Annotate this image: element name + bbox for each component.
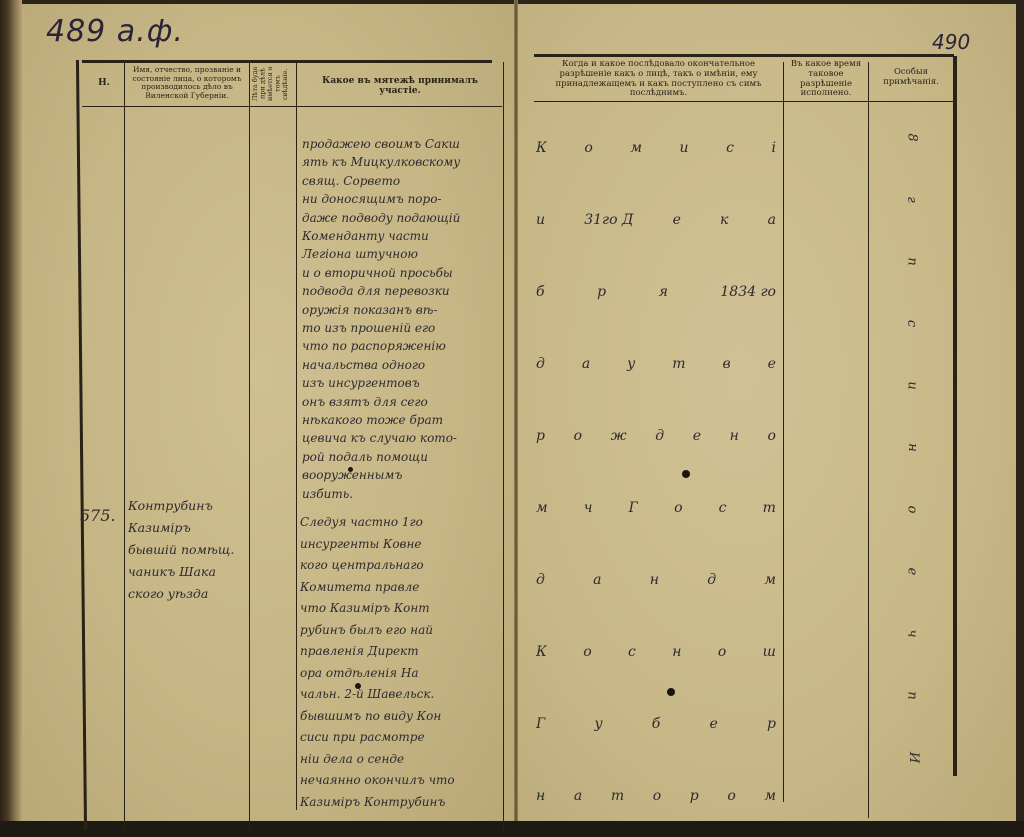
handwritten-line: Контрубинъ bbox=[128, 500, 213, 513]
resolution-glyph: е bbox=[693, 428, 701, 444]
handwritten-line: Легіона штучною bbox=[302, 248, 418, 260]
resolution-glyph: р bbox=[536, 428, 545, 444]
header-top-rule-right bbox=[534, 54, 954, 57]
resolution-row: рождено bbox=[536, 428, 776, 444]
col-divider-4 bbox=[503, 62, 504, 832]
resolution-glyph: о bbox=[767, 428, 775, 444]
resolution-glyph: в bbox=[723, 356, 731, 372]
resolution-glyph: н bbox=[730, 428, 739, 444]
handwritten-line: начальства одного bbox=[302, 359, 425, 371]
resolution-glyph: о bbox=[727, 788, 735, 804]
note-glyph: и bbox=[905, 381, 920, 389]
resolution-glyph: р bbox=[690, 788, 699, 804]
resolution-row: мчГост bbox=[536, 500, 776, 516]
col-divider-3 bbox=[296, 62, 297, 810]
handwritten-line: сиси при расмотре bbox=[300, 731, 425, 743]
handwritten-line: нѣкакого тоже брат bbox=[302, 414, 443, 426]
handwritten-line: ять къ Мицкулковскому bbox=[302, 156, 460, 168]
handwritten-line: чальн. 2-й Шавельск. bbox=[300, 688, 434, 700]
note-glyph: о bbox=[904, 506, 919, 514]
resolution-glyph: б bbox=[652, 716, 661, 732]
handwritten-line: рой подаль помощи bbox=[302, 451, 428, 463]
header-executed: Въ какое время таковое разрѣшеніе исполн… bbox=[786, 60, 866, 99]
header-resolution: Когда и какое послѣдовало окончательное … bbox=[536, 60, 781, 99]
note-glyph: е bbox=[904, 568, 919, 576]
resolution-glyph: я bbox=[659, 284, 668, 300]
resolution-glyph: с bbox=[726, 140, 734, 156]
header-bottom-rule-right bbox=[534, 101, 954, 102]
handwritten-line: Казиміръ Контрубинъ bbox=[300, 796, 445, 808]
resolution-glyph: о bbox=[718, 644, 726, 660]
resolution-glyph: с bbox=[719, 500, 727, 516]
resolution-glyph: е bbox=[710, 716, 718, 732]
resolution-glyph: о bbox=[574, 428, 582, 444]
resolution-glyph: Г bbox=[629, 500, 638, 516]
resolution-glyph: т bbox=[763, 500, 776, 516]
resolution-row: дандм bbox=[536, 572, 776, 588]
resolution-glyph: 31го Д bbox=[584, 212, 633, 228]
resolution-glyph: и bbox=[536, 212, 545, 228]
resolution-glyph: о bbox=[583, 644, 591, 660]
handwritten-line: свящ. Сорвето bbox=[302, 175, 400, 187]
resolution-glyph: К bbox=[536, 644, 547, 660]
folio-number-right: 490 bbox=[932, 30, 970, 54]
handwritten-line: рубинъ былъ его най bbox=[300, 624, 433, 636]
note-glyph: п bbox=[905, 691, 920, 699]
note-glyph: г bbox=[904, 196, 919, 203]
handwritten-line: бывшій помѣщ. bbox=[128, 544, 234, 557]
resolution-glyph: б bbox=[536, 284, 545, 300]
resolution-glyph: 1834 го bbox=[720, 284, 776, 300]
resolution-glyph: а bbox=[582, 356, 590, 372]
resolution-glyph: е bbox=[673, 212, 681, 228]
handwritten-line: продажею своимъ Сакш bbox=[302, 138, 460, 150]
resolution-row: даутве bbox=[536, 356, 776, 372]
handwritten-line: чаникъ Шака bbox=[128, 566, 216, 579]
note-glyph: н bbox=[905, 443, 920, 452]
col-divider-right-1 bbox=[783, 62, 784, 802]
resolution-glyph: а bbox=[768, 212, 776, 228]
header-number: Н. bbox=[86, 78, 122, 88]
handwritten-line: и о вторичной просьбы bbox=[302, 267, 453, 279]
folio-number-left: 489 а.ф. bbox=[46, 14, 184, 49]
handwritten-line: что по распоряженію bbox=[302, 340, 446, 352]
paper-hole bbox=[667, 688, 675, 696]
scan-background bbox=[0, 821, 1024, 837]
handwritten-line: ніи дела о сенде bbox=[300, 753, 404, 765]
handwritten-line: Комитета правле bbox=[300, 581, 419, 593]
col-divider-2 bbox=[249, 62, 250, 830]
resolution-glyph: к bbox=[720, 212, 728, 228]
handwritten-line: онъ взятъ для сего bbox=[302, 396, 428, 408]
header-bottom-rule bbox=[82, 106, 502, 107]
handwritten-line: Следуя частно 1го bbox=[300, 516, 423, 528]
resolution-glyph: ш bbox=[763, 644, 776, 660]
handwritten-line: ского уѣзда bbox=[128, 588, 208, 601]
handwritten-line: то изъ прошеній его bbox=[302, 322, 435, 334]
resolution-glyph: д bbox=[655, 428, 664, 444]
resolution-glyph: с bbox=[628, 644, 636, 660]
resolution-glyph: р bbox=[767, 716, 776, 732]
resolution-glyph: ч bbox=[584, 500, 593, 516]
resolution-glyph: д bbox=[536, 356, 545, 372]
note-glyph: ч bbox=[905, 629, 920, 637]
ink-blot bbox=[355, 683, 361, 689]
handwritten-line: бывшимъ по виду Кон bbox=[300, 710, 441, 722]
resolution-row: и31го Дека bbox=[536, 212, 776, 228]
note-glyph: п bbox=[905, 257, 920, 265]
handwritten-line: избить. bbox=[302, 488, 353, 500]
header-age: Лѣта буде при дѣлѣ имѣется о томъ свѣдѣн… bbox=[252, 64, 294, 104]
handwritten-line: кого центральнаго bbox=[300, 559, 424, 571]
resolution-row: Коснош bbox=[536, 644, 776, 660]
handwritten-line: инсургенты Ковне bbox=[300, 538, 422, 550]
right-border-rule bbox=[953, 56, 957, 776]
handwritten-line: что Казиміръ Конт bbox=[300, 602, 430, 614]
resolution-glyph: ж bbox=[611, 428, 627, 444]
resolution-glyph: и bbox=[680, 140, 689, 156]
resolution-glyph: д bbox=[707, 572, 716, 588]
resolution-glyph: о bbox=[653, 788, 661, 804]
resolution-glyph: д bbox=[536, 572, 545, 588]
resolution-glyph: м bbox=[764, 572, 776, 588]
note-glyph: 8 bbox=[905, 133, 920, 141]
col-divider-right-2 bbox=[868, 62, 869, 818]
ink-blot bbox=[348, 467, 353, 472]
note-glyph: с bbox=[904, 320, 919, 327]
handwritten-line: Коменданту части bbox=[302, 230, 429, 242]
resolution-glyph: а bbox=[593, 572, 601, 588]
resolution-glyph: м bbox=[536, 500, 548, 516]
entry-number: 575. bbox=[80, 506, 116, 525]
handwritten-line: правленія Директ bbox=[300, 645, 419, 657]
header-top-rule bbox=[82, 60, 492, 63]
resolution-glyph: н bbox=[650, 572, 659, 588]
handwritten-line: нечаянно окончилъ что bbox=[300, 774, 455, 786]
right-page bbox=[516, 4, 1016, 826]
resolution-row: Комисі bbox=[536, 140, 776, 156]
resolution-row: бря1834 го bbox=[536, 284, 776, 300]
resolution-glyph: м bbox=[630, 140, 642, 156]
resolution-glyph: н bbox=[536, 788, 545, 804]
header-name: Имя, отчество, прозваніе и состояніе лиц… bbox=[126, 66, 248, 101]
ledger-spread: 489 а.ф. 490 Н. Имя, отчество, прозваніе… bbox=[0, 0, 1024, 837]
resolution-glyph: у bbox=[627, 356, 635, 372]
resolution-glyph: н bbox=[672, 644, 681, 660]
handwritten-line: подвода для перевозки bbox=[302, 285, 450, 297]
resolution-glyph: і bbox=[772, 140, 776, 156]
resolution-glyph: е bbox=[768, 356, 776, 372]
handwritten-line: изъ инсургентовъ bbox=[302, 377, 420, 389]
resolution-glyph: а bbox=[574, 788, 582, 804]
resolution-glyph: т bbox=[672, 356, 685, 372]
note-glyph: И bbox=[906, 752, 921, 763]
resolution-glyph: К bbox=[536, 140, 547, 156]
col-divider-1 bbox=[124, 62, 125, 830]
handwritten-line: Казиміръ bbox=[128, 522, 191, 535]
resolution-glyph: у bbox=[594, 716, 602, 732]
header-participation: Какое въ мятежѣ принималъ участіе. bbox=[300, 76, 500, 97]
handwritten-line: ни доносящимъ поро- bbox=[302, 193, 442, 205]
book-gutter bbox=[514, 0, 518, 830]
resolution-glyph: о bbox=[584, 140, 592, 156]
header-notes: Особыя примѣчанія. bbox=[870, 68, 952, 88]
book-edge bbox=[0, 0, 22, 837]
handwritten-line: ора отдѣленія На bbox=[300, 667, 419, 679]
paper-hole bbox=[682, 470, 690, 478]
resolution-glyph: р bbox=[597, 284, 606, 300]
resolution-glyph: т bbox=[611, 788, 624, 804]
handwritten-line: оружія показанъ вѣ- bbox=[302, 304, 437, 316]
resolution-row: натором bbox=[536, 788, 776, 804]
resolution-glyph: м bbox=[764, 788, 776, 804]
handwritten-line: цевича къ случаю кото- bbox=[302, 432, 457, 444]
resolution-glyph: Г bbox=[536, 716, 545, 732]
resolution-row: Губер bbox=[536, 716, 776, 732]
handwritten-line: даже подводу подающій bbox=[302, 212, 460, 224]
resolution-glyph: о bbox=[674, 500, 682, 516]
